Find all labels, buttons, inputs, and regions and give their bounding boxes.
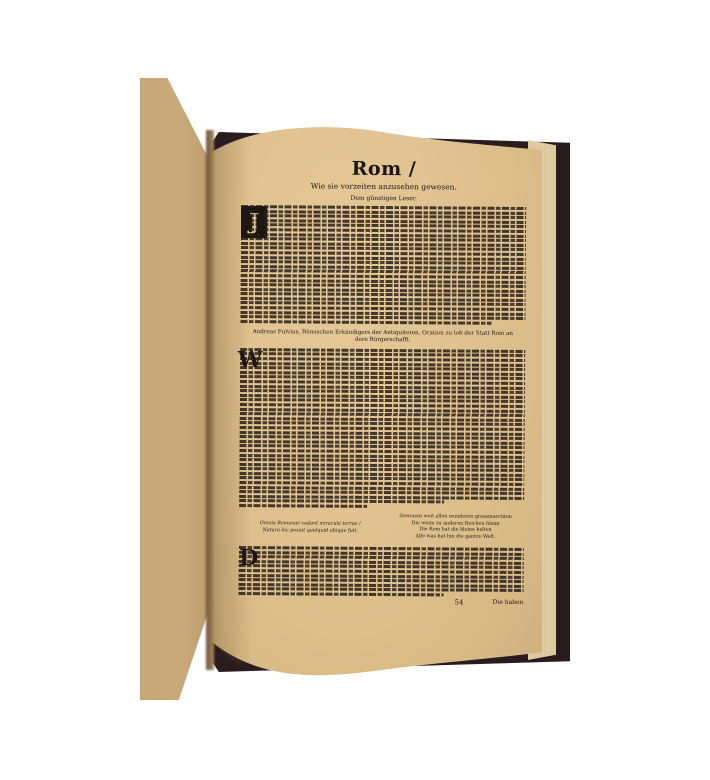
section-1-text: J	[240, 205, 526, 325]
book-photo: Rom / Wie sie vorzeiten anzusehen gewese…	[0, 0, 710, 780]
page-content: Rom / Wie sie vorzeiten anzusehen gewese…	[238, 149, 526, 609]
latin-verse: Omnia Romanae cedant miracula terrae / N…	[239, 513, 382, 540]
verse-block: Omnia Romanae cedant miracula terrae / N…	[239, 513, 524, 541]
page-subtitle: Wie sie vorzeiten anzusehen gewesen.	[241, 181, 526, 192]
text-lines	[240, 205, 526, 325]
section-2-text: W	[239, 348, 525, 509]
german-verse: Gewonen weit allen wunderen grossmaechte…	[387, 514, 524, 541]
section-heading: Andreas Fulvius, Römischen Erkündigers d…	[250, 329, 515, 345]
page-number: 54	[454, 598, 463, 606]
text-lines	[239, 348, 525, 509]
page-title: Rom /	[241, 157, 526, 181]
dedication: Dem günstigen Leser.	[241, 194, 526, 203]
left-page-flipped	[140, 78, 212, 700]
catchword: Die haben	[493, 598, 524, 605]
spine-shadow	[206, 130, 214, 670]
text-lines	[238, 546, 523, 597]
section-3-text: D 54 Die haben	[238, 546, 523, 609]
